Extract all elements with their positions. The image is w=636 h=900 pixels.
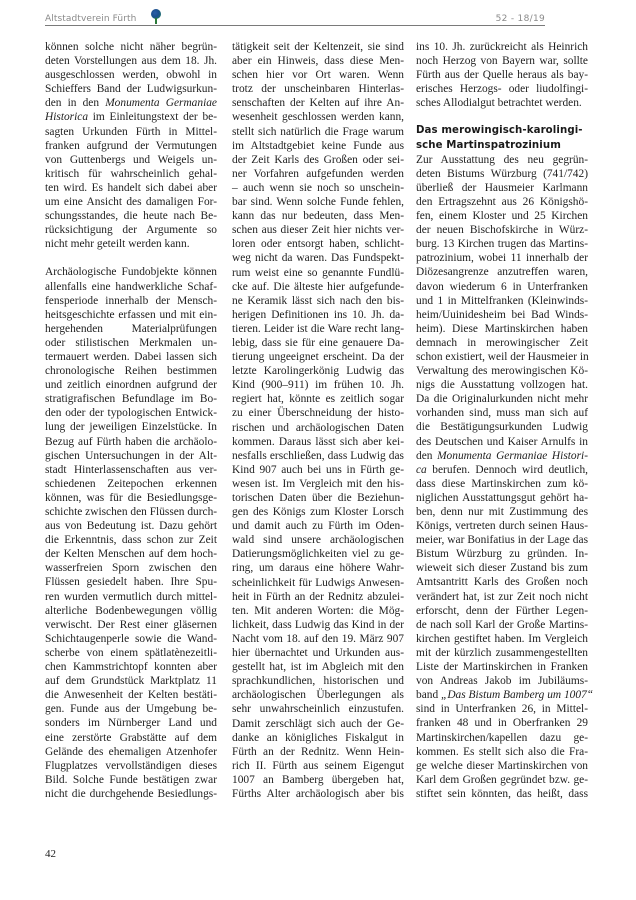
text-line: von Andreas Jakob im Jubiläums- — [416, 674, 588, 688]
text-line: torischen Daten über die Beziehun- — [232, 491, 404, 505]
running-header: Altstadtverein Fürth 52 - 18/19 — [45, 8, 545, 26]
text-line: mit der kürzlich zusammengestellten — [416, 646, 588, 660]
text-line: band „Das Bistum Bamberg um 1007“ — [416, 688, 588, 702]
text-line: kann das nur bedeuten, dass Men- — [232, 209, 404, 223]
text-line: Fürth an der Rednitz. Wenn Hein- — [232, 745, 404, 759]
text-line: rischen und archäologischen Daten — [232, 421, 404, 435]
text-line: von Guttenbergs und Weigels un- — [45, 153, 217, 167]
text-line: chen Kammstrichtopf konnten aber — [45, 660, 217, 674]
text-line: rücksichtigung der Argumente so — [45, 223, 217, 237]
text-line: lichkeit, dass Ludwig das Kind in der — [232, 618, 404, 632]
section-heading: sche Martinspatrozinium — [416, 139, 588, 153]
text-line: sind in Unterfranken 26, in Mittel- — [416, 702, 588, 716]
text-line: Da die Originalurkunden nicht mehr — [416, 392, 588, 406]
text-line: – auch wenn sie noch so unschein- — [232, 181, 404, 195]
text-line: Martinskirchen/kapellen dazu ge- — [416, 731, 588, 745]
text-line: die Anwesenheit der Kelten bestäti- — [45, 688, 217, 702]
text-line: um eine Ansicht des damaligen For- — [45, 195, 217, 209]
text-line: heim/Uuinidesheim bei Bad Winds- — [416, 308, 588, 322]
text-line: noch Herzog von Bayern war, sollte — [416, 54, 588, 68]
text-line: sprachkundlichen, historischen und — [232, 674, 404, 688]
text-line: Amtsantritt Karls des Großen noch — [416, 575, 588, 589]
text-line: sches Allodialgut betrachtet werden. — [416, 96, 588, 110]
text-line: senschaften der Kelten auf ihre An- — [232, 96, 404, 110]
text-line: letzte Karolingerkönig Ludwig das — [232, 364, 404, 378]
text-line: franken aufgrund der Vermutungen — [45, 139, 217, 153]
text-line: Bistum Würzburg zu gründen. In- — [416, 547, 588, 561]
text-line: die Erkenntnis, dass schon zur Zeit — [45, 533, 217, 547]
text-line: verändert hat, ist zur Zeit noch nicht — [416, 590, 588, 604]
text-line: rum weist eine so genannte Fundlü- — [232, 266, 404, 280]
text-line: wieweit sich dieser Zustand bis zum — [416, 561, 588, 575]
text-line: Verwaltung des merowingischen Kö- — [416, 364, 588, 378]
text-line: meier, war Bonifatius in der Lage das — [416, 533, 588, 547]
text-line: ten wird. Es handelt sich dabei aber — [45, 181, 217, 195]
text-line: ausgeschlossen werden, obwohl in — [45, 68, 217, 82]
text-line: lung der jeweiligen Einzelstücke. In — [45, 420, 217, 434]
text-line: heim). Diese Martinskirchen haben — [416, 322, 588, 336]
text-line: Flugplatzes vervollständigen dieses — [45, 759, 217, 773]
text-line: hier übernachtet und Urkunden aus- — [232, 646, 404, 660]
text-line: heitsgeschichte erfassen und mit ein- — [45, 308, 217, 322]
text-line: wesen ist. Im Vergleich mit den his- — [232, 477, 404, 491]
text-line: fen, einem Kloster und 25 Kirchen — [416, 209, 588, 223]
text-line: stellt sich natürlich die Frage warum — [232, 125, 404, 139]
text-line: Archäologische Fundobjekte können — [45, 265, 217, 279]
text-line: de nach soll Karl der Große Martins- — [416, 618, 588, 632]
text-line: und 1 in Mittelfranken (Kleinwinds- — [416, 294, 588, 308]
tree-icon — [150, 8, 162, 24]
tree-trunk — [155, 18, 157, 24]
text-line: hergehenden Materialprüfungen — [45, 322, 217, 336]
text-line: und damit auch zu Fürth im Oden- — [232, 519, 404, 533]
text-line: deten Vorstellungen aus dem 18. Jh. — [45, 54, 217, 68]
text-line: schiedenen Zeitepochen erkennen — [45, 477, 217, 491]
text-line: sagten Urkunden Fürth in Mittel- — [45, 125, 217, 139]
text-line: dass diese Martinskirchen zum kö- — [416, 477, 588, 491]
text-line: der Kelten Menschen auf dem hoch- — [45, 547, 217, 561]
text-line: kritisch für wahrscheinlich gehal- — [45, 167, 217, 181]
text-line: fensperiode innerhalb der Mensch- — [45, 294, 217, 308]
text-line: nesfalls erschließen, dass Ludwig das — [232, 449, 404, 463]
text-line: wesenheit geschlossen werden kann, — [232, 110, 404, 124]
text-line: Fürths Alter archäologisch aber bis — [232, 787, 404, 801]
text-line: regiert hat, könnte es zeitlich sogar — [232, 392, 404, 406]
text-line: und zeitlich einordnen aufgrund der — [45, 378, 217, 392]
text-line: niglichen Ausstattungsgut gehört ha- — [416, 491, 588, 505]
text-line: scherbe von einem spätlatènezeitli- — [45, 646, 217, 660]
text-line: Bezug auf Fürth haben die archäolo- — [45, 435, 217, 449]
text-line: wasserfreien Sporn zwischen den — [45, 561, 217, 575]
text-line: Bild. Solche Funde bestätigen zwar — [45, 773, 217, 787]
text-line: demnach in merowingischer Zeit — [416, 336, 588, 350]
text-line: nicht die durchgehende Besiedlungs- — [45, 787, 217, 801]
text-line: sehr unwahrscheinlich einzustufen. — [232, 702, 404, 716]
text-column-3: ins 10. Jh. zurückreicht als Heinrichnoc… — [416, 40, 588, 801]
text-line: kommen. Es stellt sich also die Fra- — [416, 745, 588, 759]
text-line: loren oder entsorgt haben, schlicht- — [232, 237, 404, 251]
text-line: ring, um daraus eine höhere Wahr- — [232, 561, 404, 575]
text-line: allenfalls eine handwerkliche Schaf- — [45, 280, 217, 294]
text-line: chronologische Reihen bestimmen — [45, 364, 217, 378]
paragraph-gap — [45, 251, 217, 265]
text-line: der Zeit Karls des Großen oder sei- — [232, 153, 404, 167]
text-line: auf dem Grundstück Marktplatz 11 — [45, 674, 217, 688]
text-line: alterliche Bodenbewegungen völlig — [45, 604, 217, 618]
text-line: Diözesangrenze anzutreffen waren, — [416, 265, 588, 279]
text-line: aus von Bedeutung ist. Dazu gehört — [45, 519, 217, 533]
text-line: Schichtaugenperle sowie die Wand- — [45, 632, 217, 646]
text-line: wald sind unsere archäologischen — [232, 533, 404, 547]
text-line: gestellt hat, ist im Abgleich mit den — [232, 660, 404, 674]
text-line: davon wiederum 6 in Unterfranken — [416, 280, 588, 294]
text-line: termauert werden. Dabei lassen sich — [45, 350, 217, 364]
text-line: Karl dem Großen gegründet bzw. ge- — [416, 773, 588, 787]
text-line: den Monumenta Germaniae Histori- — [416, 449, 588, 463]
text-line: rich II. Fürth aus seinem Eigengut — [232, 759, 404, 773]
text-line: ren wurden vermutlich durch mittel- — [45, 590, 217, 604]
text-line: überließ der Hausmeier Karlmann — [416, 181, 588, 195]
text-line: 1007 an Bamberg übergeben hat, — [232, 773, 404, 787]
text-line: können, was für die Besiedlungsge- — [45, 491, 217, 505]
text-line: Kind 907 auch bei uns in Fürth ge- — [232, 463, 404, 477]
text-line: Zur Ausstattung des neu gegrün- — [416, 153, 588, 167]
text-line: schichte zwischen den Flüssen durch- — [45, 505, 217, 519]
text-line: trotz der unscheinbaren Hinterlas- — [232, 82, 404, 96]
text-line: verwischt. Der Rest einer gläsernen — [45, 618, 217, 632]
text-line: tierung ungeeignet erscheint. Da der — [232, 350, 404, 364]
text-line: schen hier vor Ort waren. Wenn — [232, 68, 404, 82]
page-number: 42 — [45, 848, 56, 860]
text-line: deten Bistums Würzburg (741/742) — [416, 167, 588, 181]
text-line: gen. Funde aus der Umgebung be- — [45, 702, 217, 716]
text-line: Nacht vom 18. auf den 19. März 907 — [232, 632, 404, 646]
section-heading: Das merowingisch-karolingi- — [416, 124, 588, 138]
text-line: ne Keramik lässt sich nach den bis- — [232, 294, 404, 308]
text-line: zu einer Überschneidung der histo- — [232, 406, 404, 420]
text-line: weg nicht da waren. Das Fundspekt- — [232, 251, 404, 265]
text-line: ten. Mit anderen Worten: die Mög- — [232, 604, 404, 618]
paragraph-gap — [416, 110, 588, 124]
issue-number: 52 - 18/19 — [496, 14, 545, 24]
text-line: Gelände des ehemaligen Atzenhofer — [45, 745, 217, 759]
text-line: Fürth aus der Quelle heraus als bay- — [416, 68, 588, 82]
text-line: die Bestätigungsurkunden Ludwig — [416, 420, 588, 434]
text-line: ner Vorfahren aufgefunden werden — [232, 167, 404, 181]
text-line: stratigrafischen Befundlage im Bo- — [45, 392, 217, 406]
text-line: sonders im Nürnberger Land und — [45, 716, 217, 730]
text-line: aber ein Hinweis, dass diese Men- — [232, 54, 404, 68]
text-line: gen des Königs zum Kloster Lorsch — [232, 505, 404, 519]
text-line: Damit zerschlägt sich auch der Ge- — [232, 717, 404, 731]
text-line: ben, denn nur mit Zustimmung des — [416, 505, 588, 519]
text-line: erisches Herzogs- oder liudolfingi- — [416, 82, 588, 96]
text-line: der neuen Bischofskirche in Würz- — [416, 223, 588, 237]
text-line: im Altstadtgebiet keine Funde aus — [232, 139, 404, 153]
text-line: schen aus dieser Zeit hier nichts ver- — [232, 223, 404, 237]
text-line: lebig, dass sie für eine genauere Da- — [232, 336, 404, 350]
text-line: nigs die Ausstattung vollzogen hat. — [416, 378, 588, 392]
text-line: kommen. Daraus lässt sich aber kei- — [232, 435, 404, 449]
text-line: ge welche dieser Martinskirchen von — [416, 759, 588, 773]
text-line: ca berufen. Dennoch wird deutlich, — [416, 463, 588, 477]
text-line: kirchen gestiftet haben. Im Vergleich — [416, 632, 588, 646]
text-line: Kind (900–911) im frühen 10. Jh. — [232, 378, 404, 392]
text-line: franken 48 und in Oberfranken 29 — [416, 716, 588, 730]
publication-title: Altstadtverein Fürth — [45, 14, 136, 24]
text-line: des Deutschen und Kaiser Arnulfs in — [416, 435, 588, 449]
text-line: ins 10. Jh. zurückreicht als Heinrich — [416, 40, 588, 54]
text-line: tieren. Leider ist die Ware recht lang- — [232, 322, 404, 336]
text-line: Schieffers Band der Ludwigsurkun- — [45, 82, 217, 96]
text-line: cke auf. Die älteste hier aufgefunde- — [232, 280, 404, 294]
text-line: burg. 13 Kirchen trugen das Martins- — [416, 237, 588, 251]
text-line: den oder der typologischen Entwick- — [45, 406, 217, 420]
text-line: den in den Monumenta Germaniae — [45, 96, 217, 110]
text-line: Liste der Martinskirchen in Franken — [416, 660, 588, 674]
text-line: danke an königliches Fiskalgut in — [232, 731, 404, 745]
text-line: Königs, vertreten durch seinen Haus- — [416, 519, 588, 533]
text-line: scheinlichkeit für Ludwigs Anwesen- — [232, 576, 404, 590]
text-line: Flüssen gesiedelt haben. Ihre Spu- — [45, 575, 217, 589]
text-column-1: können solche nicht näher begrün-deten V… — [45, 40, 217, 801]
text-line: herigen Definitionen ins 10. Jh. da- — [232, 308, 404, 322]
text-line: patrozinium, wobei 11 innerhalb der — [416, 251, 588, 265]
text-line: heit in Fürth an der Rednitz abzulei- — [232, 590, 404, 604]
text-line: nicht mehr geteilt werden kann. — [45, 237, 217, 251]
text-line: gischen Untersuchungen in der Alt- — [45, 449, 217, 463]
text-line: schungsstandes, die heute nach Be- — [45, 209, 217, 223]
text-line: oder stilistischen Merkmalen un- — [45, 336, 217, 350]
text-line: den Ertragszehnt aus 26 Königshö- — [416, 195, 588, 209]
text-line: bar sind. Wenn solche Funde fehlen, — [232, 195, 404, 209]
text-line: können solche nicht näher begrün- — [45, 40, 217, 54]
text-line: vorhanden sind, muss man sich auf — [416, 406, 588, 420]
text-line: stadt Hinterlassenschaften aus ver- — [45, 463, 217, 477]
text-line: tätigkeit seit der Keltenzeit, sie sind — [232, 40, 404, 54]
text-column-2: tätigkeit seit der Keltenzeit, sie sinda… — [232, 40, 404, 801]
text-line: stiftet sein könnten, das heißt, dass — [416, 787, 588, 801]
text-line: eine zerstörte Grabstätte auf dem — [45, 731, 217, 745]
text-line: schon existiert, weil der Hausmeier in — [416, 350, 588, 364]
text-line: Datierungsmöglichkeiten viel zu ge- — [232, 547, 404, 561]
text-line: Historica im Einleitungstext der be- — [45, 110, 217, 124]
text-line: erforscht, denn der Fürther Legen- — [416, 604, 588, 618]
text-line: archäologischen Überlegungen als — [232, 688, 404, 702]
